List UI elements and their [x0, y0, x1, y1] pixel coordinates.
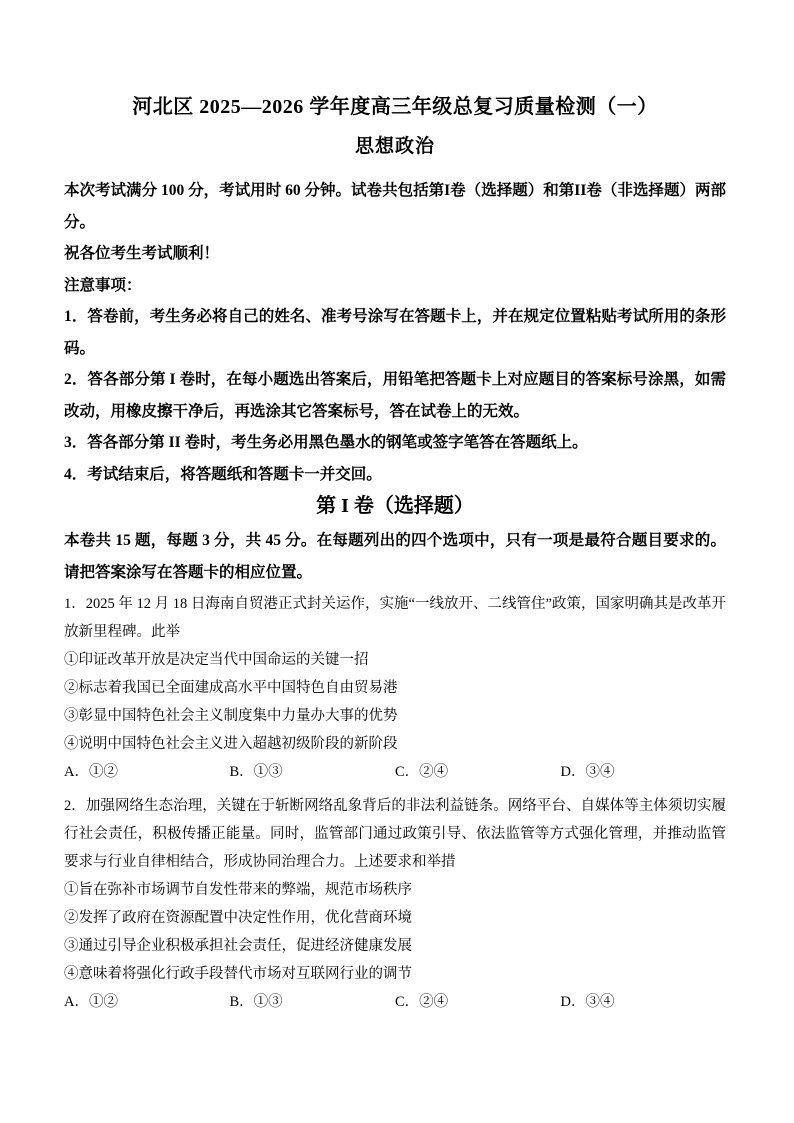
page-title: 河北区 2025—2026 学年度高三年级总复习质量检测（一）: [64, 94, 726, 120]
exam-wish: 祝各位考生考试顺利！: [64, 238, 726, 270]
question-1-options: A．①② B．①③ C．②④ D．③④: [64, 758, 726, 786]
exam-summary: 本次考试满分 100 分，考试用时 60 分钟。试卷共包括第I卷（选择题）和第I…: [64, 175, 726, 238]
notice-item-1: 1．答卷前，考生务必将自己的姓名、准考号涂写在答题卡上，并在规定位置粘贴考试所用…: [64, 301, 726, 364]
question-2-option-d: D．③④: [561, 988, 727, 1016]
question-2-option-c: C．②④: [395, 988, 561, 1016]
section-1-instruction: 本卷共 15 题，每题 3 分，共 45 分。在每题列出的四个选项中，只有一项是…: [64, 525, 726, 588]
question-2-item-3: ③通过引导企业积极承担社会责任，促进经济健康发展: [64, 932, 726, 960]
question-1-item-1: ①印证改革开放是决定当代中国命运的关键一招: [64, 646, 726, 674]
question-2: 2．加强网络生态治理，关键在于斩断网络乱象背后的非法利益链条。网络平台、自媒体等…: [64, 792, 726, 1016]
notice-item-2: 2．答各部分第 I 卷时，在每小题选出答案后，用铅笔把答题卡上对应题目的答案标号…: [64, 364, 726, 427]
question-1-option-d: D．③④: [561, 758, 727, 786]
subject-title: 思想政治: [64, 134, 726, 160]
question-2-item-2: ②发挥了政府在资源配置中决定性作用，优化营商环境: [64, 904, 726, 932]
question-2-option-b: B．①③: [230, 988, 396, 1016]
exam-paper-page: 河北区 2025—2026 学年度高三年级总复习质量检测（一） 思想政治 本次考…: [0, 0, 794, 1123]
question-1: 1．2025 年 12 月 18 日海南自贸港正式封关运作，实施“一线放开、二线…: [64, 590, 726, 786]
notice-item-4: 4．考试结束后，将答题纸和答题卡一并交回。: [64, 459, 726, 491]
question-1-stem: 1．2025 年 12 月 18 日海南自贸港正式封关运作，实施“一线放开、二线…: [64, 590, 726, 646]
question-1-item-4: ④说明中国特色社会主义进入超越初级阶段的新阶段: [64, 730, 726, 758]
notice-item-3: 3．答各部分第 II 卷时，考生务必用黑色墨水的钢笔或签字笔答在答题纸上。: [64, 427, 726, 459]
question-1-option-a: A．①②: [64, 758, 230, 786]
question-2-item-1: ①旨在弥补市场调节自发性带来的弊端，规范市场秩序: [64, 876, 726, 904]
question-1-item-2: ②标志着我国已全面建成高水平中国特色自由贸易港: [64, 674, 726, 702]
question-2-stem: 2．加强网络生态治理，关键在于斩断网络乱象背后的非法利益链条。网络平台、自媒体等…: [64, 792, 726, 876]
question-1-option-b: B．①③: [230, 758, 396, 786]
question-2-option-a: A．①②: [64, 988, 230, 1016]
section-1-heading: 第 I 卷（选择题）: [64, 490, 726, 523]
question-1-item-3: ③彰显中国特色社会主义制度集中力量办大事的优势: [64, 702, 726, 730]
question-2-options: A．①② B．①③ C．②④ D．③④: [64, 988, 726, 1016]
question-2-item-4: ④意味着将强化行政手段替代市场对互联网行业的调节: [64, 960, 726, 988]
notices-heading: 注意事项：: [64, 270, 726, 302]
question-1-option-c: C．②④: [395, 758, 561, 786]
